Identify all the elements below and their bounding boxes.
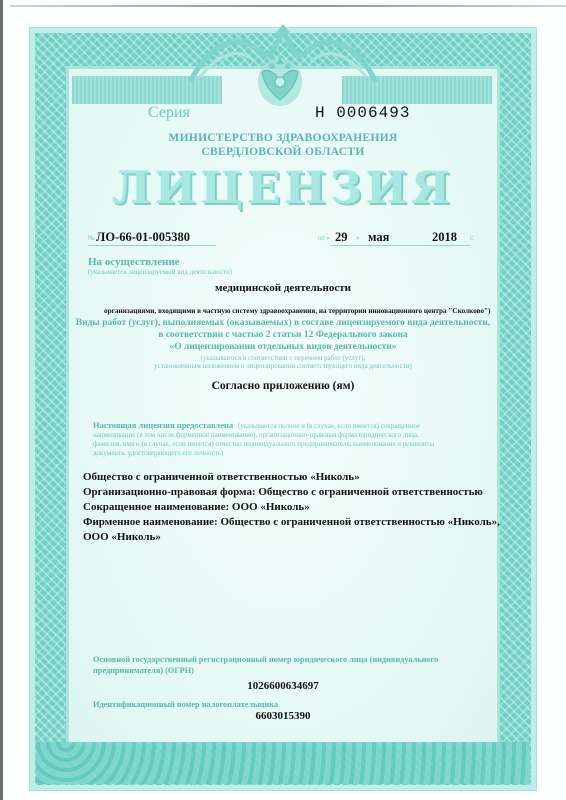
works-value: Согласно приложению (ям) — [0, 380, 566, 392]
ogrn-label-line-1: Основной государственный регистрационный… — [93, 655, 438, 664]
licensee-line: ООО «Николь» — [83, 531, 161, 543]
date-day: 29 — [335, 230, 348, 245]
series-label: Серия — [148, 104, 190, 122]
works-hint-1: (указываются в соответствии с перечнем р… — [0, 354, 566, 362]
date-underline — [330, 245, 470, 246]
scan-edge-top — [10, 5, 566, 7]
works-line-2: в соответствии с частью 2 статьи 12 Феде… — [0, 330, 566, 340]
activity-value: медицинской деятельности — [0, 282, 566, 294]
document-title: ЛИЦЕНЗИЯ — [0, 163, 566, 214]
number-underline — [88, 245, 216, 246]
date-prefix: от « — [318, 234, 330, 242]
date-sep: » — [356, 234, 360, 242]
granted-hint-line-2: наименование (в том числе фирменное наим… — [93, 431, 419, 439]
licensee-line: Общество с ограниченной ответственностью… — [83, 471, 360, 483]
activity-label: На осуществление — [88, 256, 180, 268]
ministry-line-2: СВЕРДЛОВСКОЙ ОБЛАСТИ — [0, 146, 566, 158]
licensee-line: Фирменное наименование: Общество с огран… — [83, 516, 500, 528]
inn-value: 6603015390 — [0, 710, 566, 722]
inn-label: Идентификационный номер налогоплательщик… — [93, 700, 278, 709]
licensee-line: Организационно-правовая форма: Общество … — [83, 486, 483, 498]
works-line-3: «О лицензировании отдельных видов деятел… — [0, 342, 566, 352]
date-suffix: г. — [470, 234, 474, 242]
date-year: 2018 — [432, 230, 457, 245]
number-prefix: № — [88, 234, 95, 242]
granted-label: Настоящая лицензия предоставлена — [93, 420, 233, 430]
licensee-line: Сокращенное наименование: ООО «Николь» — [83, 501, 310, 513]
ministry-line-1: МИНИСТЕРСТВО ЗДРАВООХРАНЕНИЯ — [0, 132, 566, 144]
date-month: мая — [368, 230, 389, 245]
works-line-1: Виды работ (услуг), выполняемых (оказыва… — [0, 318, 566, 328]
granted-hint-line-3: фамилия, имя и (в случае, если имеется) … — [93, 440, 434, 448]
granted-hint-line-4: документа, удостоверяющего его личность) — [93, 449, 223, 457]
activity-note-line-2: организациями, входящими в частную систе… — [104, 307, 490, 315]
activity-hint: (указывается лицензируемый вид деятельно… — [88, 268, 232, 276]
license-number: ЛО-66-01-005380 — [96, 230, 190, 245]
series-number: Н 0006493 — [315, 104, 410, 122]
ogrn-value: 1026600634697 — [0, 680, 566, 692]
granted-hint-line-1: (указывается полное и (в случае, если им… — [238, 422, 420, 430]
coat-of-arms-icon — [250, 50, 310, 110]
works-hint-2: установленным положением о лицензировани… — [0, 362, 566, 370]
ogrn-label-line-2: предпринимателя) (ОГРН) — [93, 666, 194, 675]
ornamental-bottom-band — [36, 742, 530, 784]
